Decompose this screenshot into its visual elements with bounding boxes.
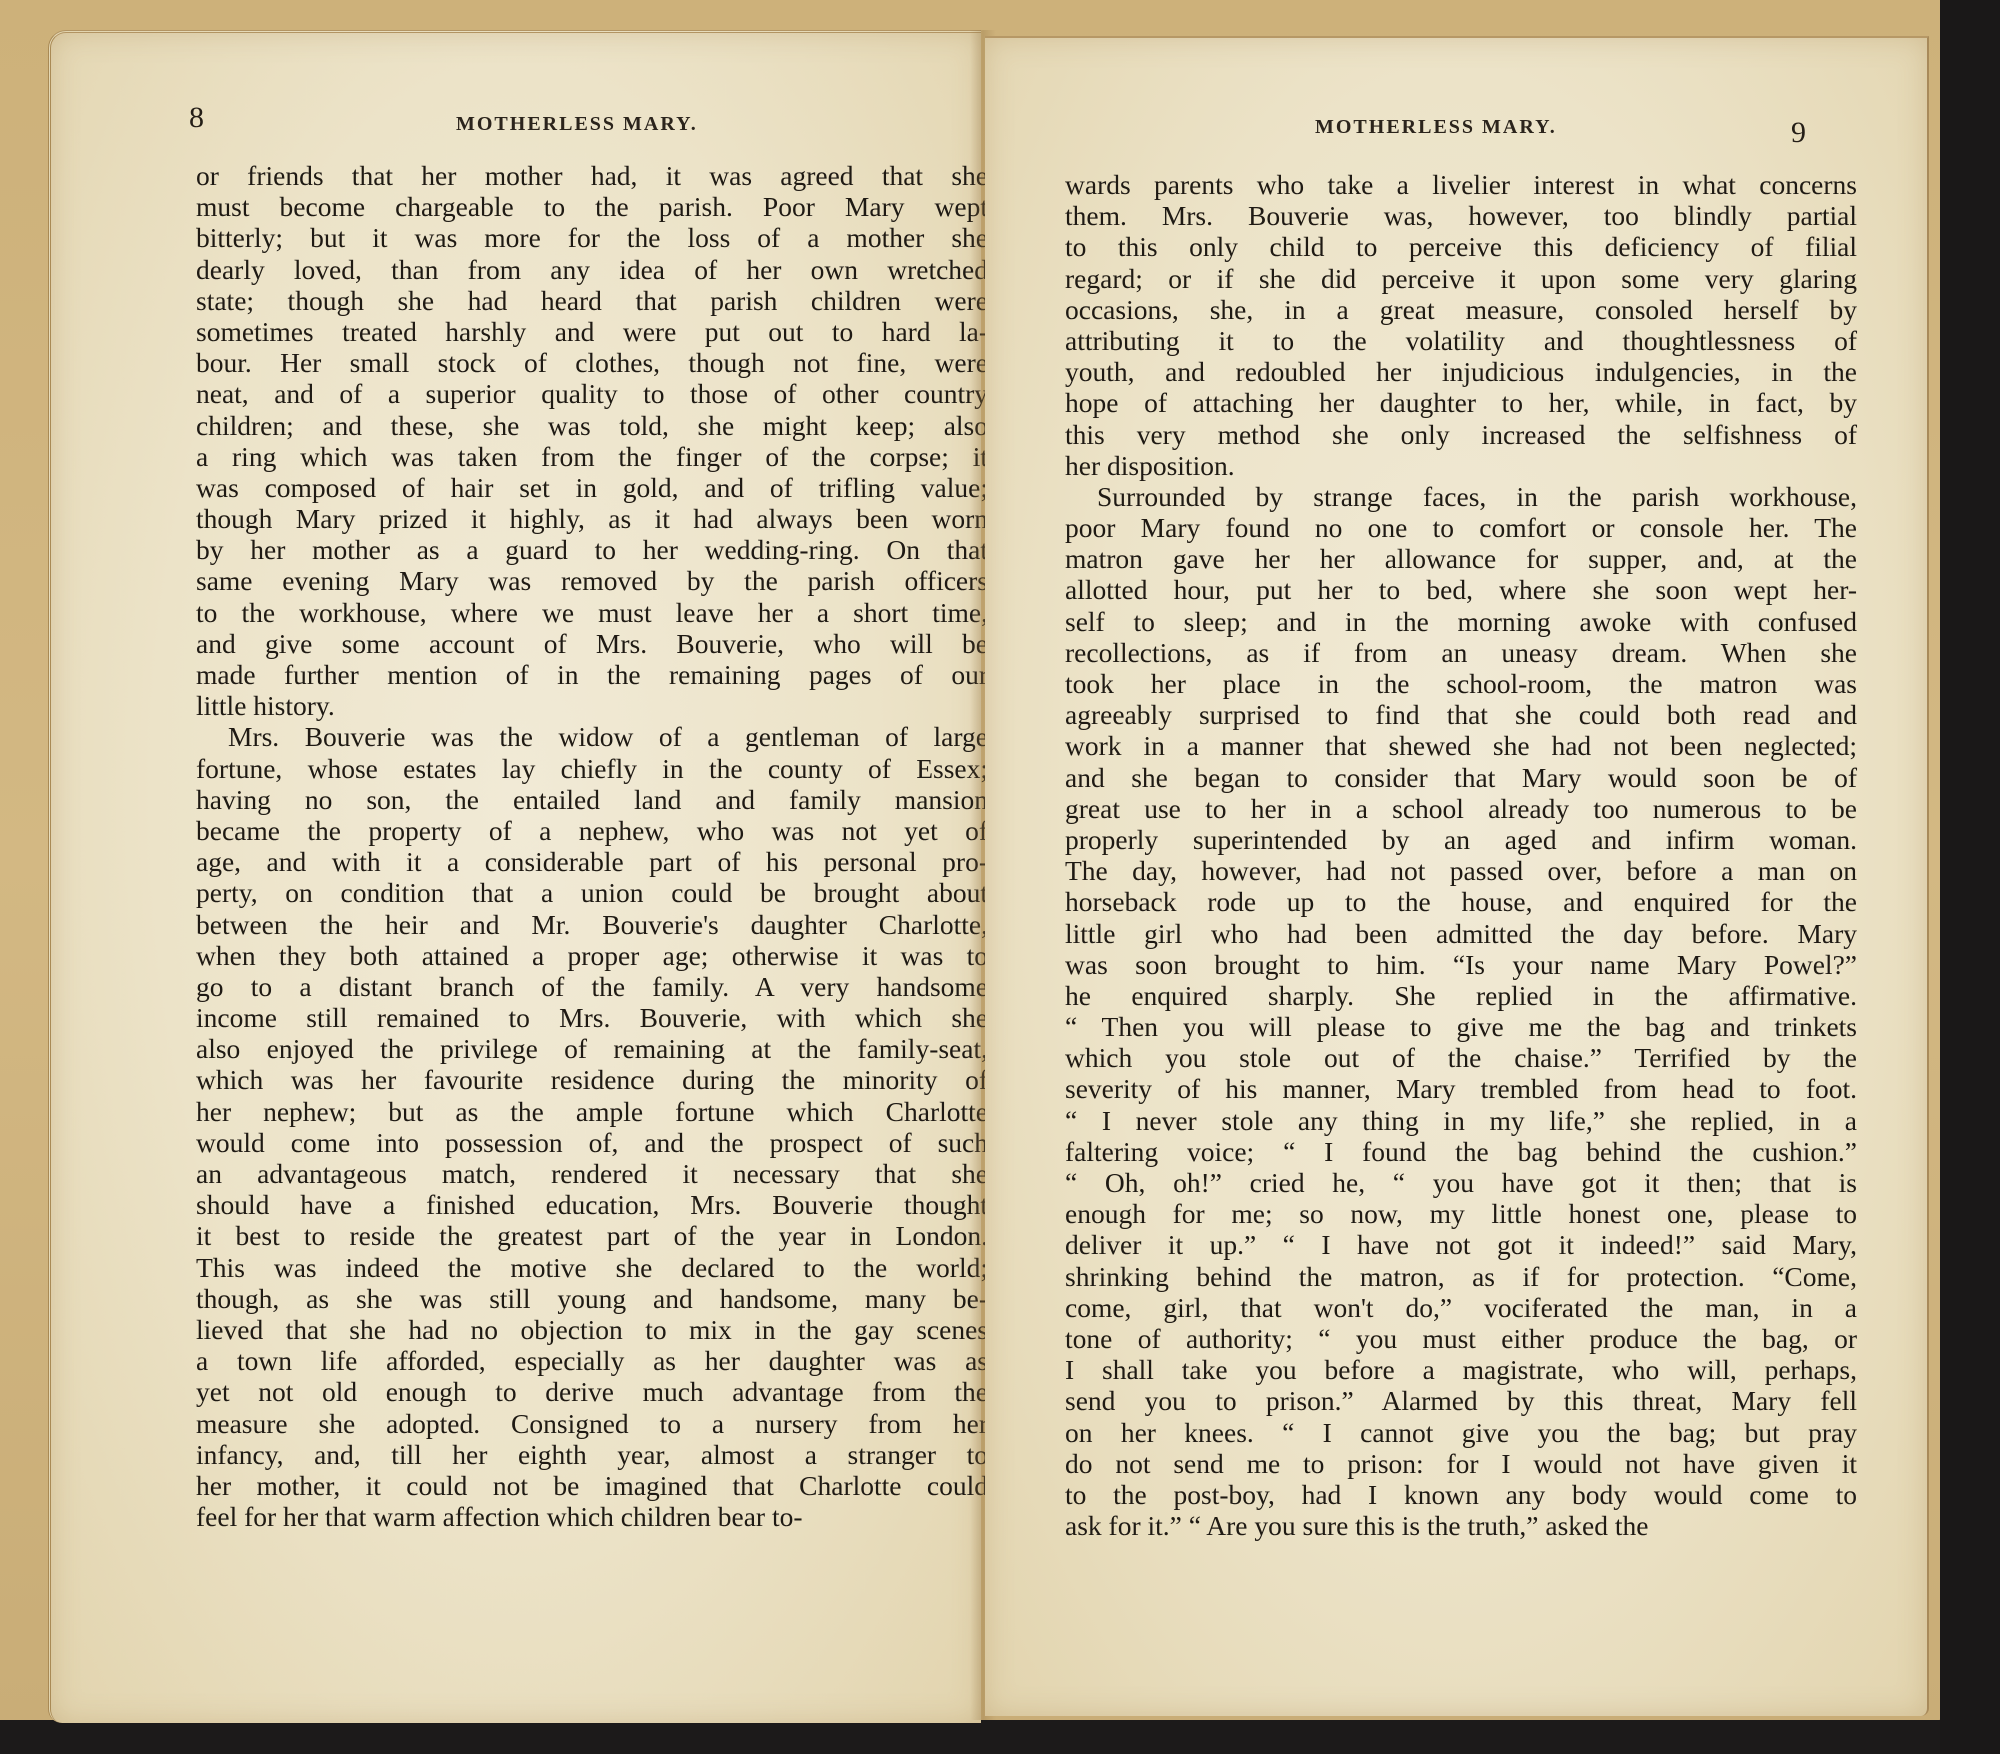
text-line: do not send me to prison: for I would no… <box>1065 1448 1857 1479</box>
text-line: age, and with it a considerable part of … <box>196 846 988 877</box>
text-line: by her mother as a guard to her wedding-… <box>196 534 988 565</box>
text-line: come, girl, that won't do,” vociferated … <box>1065 1292 1857 1323</box>
text-line: he enquired sharply. She replied in the … <box>1065 980 1857 1011</box>
text-line: which you stole out of the chaise.” Terr… <box>1065 1042 1857 1073</box>
text-line: recollections, as if from an uneasy drea… <box>1065 637 1857 668</box>
text-line: this very method she only increased the … <box>1065 419 1857 450</box>
text-line: perty, on condition that a union could b… <box>196 877 988 908</box>
text-line: state; though she had heard that parish … <box>196 285 988 316</box>
text-line: and she began to consider that Mary woul… <box>1065 762 1857 793</box>
text-line: also enjoyed the privilege of remaining … <box>196 1033 988 1064</box>
text-line: them. Mrs. Bouverie was, however, too bl… <box>1065 200 1857 231</box>
text-line: Mrs. Bouverie was the widow of a gentlem… <box>196 721 988 752</box>
text-line: a town life afforded, especially as her … <box>196 1345 988 1376</box>
text-line: hope of attaching her daughter to her, w… <box>1065 387 1857 418</box>
text-line: made further mention of in the remaining… <box>196 659 988 690</box>
text-line: severity of his manner, Mary trembled fr… <box>1065 1073 1857 1104</box>
text-line: became the property of a nephew, who was… <box>196 815 988 846</box>
text-line: when they both attained a proper age; ot… <box>196 940 988 971</box>
text-line: lieved that she had no objection to mix … <box>196 1314 988 1345</box>
text-line: little history. <box>196 690 988 721</box>
text-line: agreeably surprised to find that she cou… <box>1065 699 1857 730</box>
text-line: or friends that her mother had, it was a… <box>196 160 988 191</box>
text-line: took her place in the school-room, the m… <box>1065 668 1857 699</box>
text-line: I shall take you before a magistrate, wh… <box>1065 1354 1857 1385</box>
text-line: between the heir and Mr. Bouverie's daug… <box>196 909 988 940</box>
text-line: her nephew; but as the ample fortune whi… <box>196 1096 988 1127</box>
text-line: properly superintended by an aged and in… <box>1065 824 1857 855</box>
text-line: an advantageous match, rendered it neces… <box>196 1158 988 1189</box>
text-line: allotted hour, put her to bed, where she… <box>1065 574 1857 605</box>
right-page: MOTHERLESS MARY. 9 wards parents who tak… <box>985 36 1929 1716</box>
text-line: would come into possession of, and the p… <box>196 1127 988 1158</box>
text-line: bitterly; but it was more for the loss o… <box>196 222 988 253</box>
text-line: dearly loved, than from any idea of her … <box>196 254 988 285</box>
text-line: self to sleep; and in the morning awoke … <box>1065 606 1857 637</box>
running-head-right: MOTHERLESS MARY. <box>1315 116 1557 156</box>
text-line: though Mary prized it highly, as it had … <box>196 503 988 534</box>
background-edge <box>1940 0 2000 1754</box>
text-line: tone of authority; “ you must either pro… <box>1065 1323 1857 1354</box>
text-line: “ Oh, oh!” cried he, “ you have got it t… <box>1065 1167 1857 1198</box>
text-line: “ Then you will please to give me the ba… <box>1065 1011 1857 1042</box>
text-line: little girl who had been admitted the da… <box>1065 918 1857 949</box>
text-line: matron gave her her allowance for supper… <box>1065 543 1857 574</box>
text-line: income still remained to Mrs. Bouverie, … <box>196 1002 988 1033</box>
text-line: poor Mary found no one to comfort or con… <box>1065 512 1857 543</box>
text-line: Surrounded by strange faces, in the pari… <box>1065 481 1857 512</box>
text-line: same evening Mary was removed by the par… <box>196 565 988 596</box>
text-line: wards parents who take a livelier intere… <box>1065 169 1857 200</box>
text-line: a ring which was taken from the finger o… <box>196 441 988 472</box>
text-line: her mother, it could not be imagined tha… <box>196 1470 988 1501</box>
text-line: though, as she was still young and hands… <box>196 1283 988 1314</box>
text-line: The day, however, had not passed over, b… <box>1065 855 1857 886</box>
text-line: having no son, the entailed land and fam… <box>196 784 988 815</box>
text-line: sometimes treated harshly and were put o… <box>196 316 988 347</box>
text-line: to the post-boy, had I known any body wo… <box>1065 1479 1857 1510</box>
text-line: regard; or if she did perceive it upon s… <box>1065 263 1857 294</box>
text-line: work in a manner that shewed she had not… <box>1065 730 1857 761</box>
text-line: her disposition. <box>1065 450 1857 481</box>
text-line: fortune, whose estates lay chiefly in th… <box>196 753 988 784</box>
left-page-text: or friends that her mother had, it was a… <box>196 160 988 1532</box>
text-line: measure she adopted. Consigned to a nurs… <box>196 1408 988 1439</box>
page-number-left: 8 <box>189 101 204 135</box>
text-line: send you to prison.” Alarmed by this thr… <box>1065 1385 1857 1416</box>
running-head-left: MOTHERLESS MARY. <box>456 113 698 153</box>
text-line: yet not old enough to derive much advant… <box>196 1376 988 1407</box>
text-line: This was indeed the motive she declared … <box>196 1252 988 1283</box>
text-line: “ I never stole any thing in my life,” s… <box>1065 1105 1857 1136</box>
text-line: occasions, she, in a great measure, cons… <box>1065 294 1857 325</box>
text-line: deliver it up.” “ I have not got it inde… <box>1065 1229 1857 1260</box>
text-line: ask for it.” “ Are you sure this is the … <box>1065 1510 1857 1541</box>
text-line: to the workhouse, where we must leave he… <box>196 597 988 628</box>
text-line: neat, and of a superior quality to those… <box>196 378 988 409</box>
text-line: faltering voice; “ I found the bag behin… <box>1065 1136 1857 1167</box>
text-line: it best to reside the greatest part of t… <box>196 1220 988 1251</box>
text-line: shrinking behind the matron, as if for p… <box>1065 1261 1857 1292</box>
text-line: which was her favourite residence during… <box>196 1064 988 1095</box>
text-line: great use to her in a school already too… <box>1065 793 1857 824</box>
right-page-text: wards parents who take a livelier intere… <box>1065 169 1857 1541</box>
text-line: youth, and redoubled her injudicious ind… <box>1065 356 1857 387</box>
text-line: bour. Her small stock of clothes, though… <box>196 347 988 378</box>
text-line: children; and these, she was told, she m… <box>196 410 988 441</box>
text-line: must become chargeable to the parish. Po… <box>196 191 988 222</box>
text-line: go to a distant branch of the family. A … <box>196 971 988 1002</box>
text-line: attributing it to the volatility and tho… <box>1065 325 1857 356</box>
text-line: enough for me; so now, my little honest … <box>1065 1198 1857 1229</box>
text-line: was soon brought to him. “Is your name M… <box>1065 949 1857 980</box>
text-line: to this only child to perceive this defi… <box>1065 231 1857 262</box>
text-line: horseback rode up to the house, and enqu… <box>1065 886 1857 917</box>
page-number-right: 9 <box>1791 116 1806 150</box>
text-line: infancy, and, till her eighth year, almo… <box>196 1439 988 1470</box>
left-page: 8 MOTHERLESS MARY. or friends that her m… <box>48 30 981 1723</box>
text-line: and give some account of Mrs. Bouverie, … <box>196 628 988 659</box>
text-line: on her knees. “ I cannot give you the ba… <box>1065 1417 1857 1448</box>
text-line: feel for her that warm affection which c… <box>196 1501 988 1532</box>
text-line: was composed of hair set in gold, and of… <box>196 472 988 503</box>
text-line: should have a finished education, Mrs. B… <box>196 1189 988 1220</box>
